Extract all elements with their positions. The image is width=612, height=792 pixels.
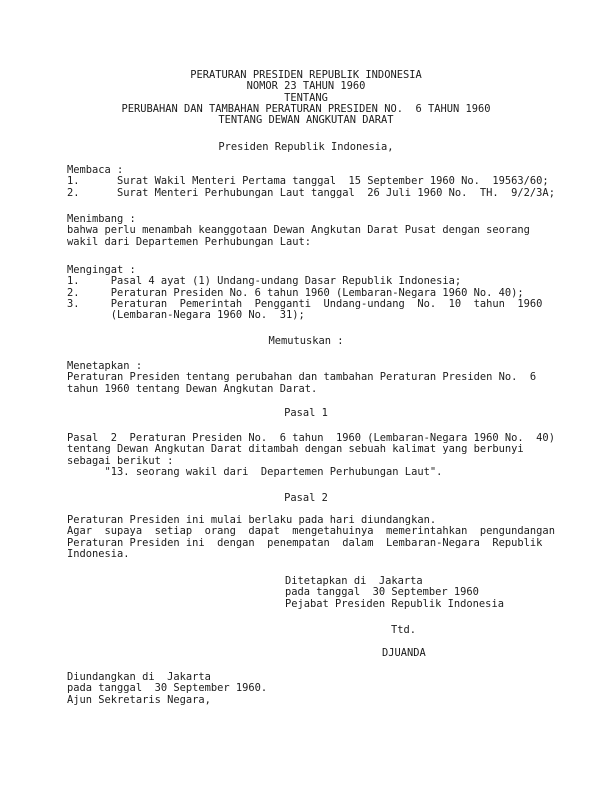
- membaca-item-2: 2. Surat Menteri Perhubungan Laut tangga…: [67, 188, 555, 199]
- section-membaca: Membaca : 1. Surat Wakil Menteri Pertama…: [67, 165, 555, 199]
- memutuskan-heading: Memutuskan :: [0, 336, 612, 347]
- mengingat-item-1: 1. Pasal 4 ayat (1) Undang-undang Dasar …: [67, 276, 542, 287]
- pasal1-heading-line: Pasal 1: [0, 408, 612, 419]
- menimbang-line-1: bahwa perlu menambah keanggotaan Dewan A…: [67, 225, 530, 236]
- memutuskan-line: Memutuskan :: [0, 336, 612, 347]
- section-mengingat: Mengingat : 1. Pasal 4 ayat (1) Undang-u…: [67, 265, 542, 321]
- pasal2-heading-line: Pasal 2: [0, 493, 612, 504]
- title-line-2: NOMOR 23 TAHUN 1960: [0, 81, 612, 92]
- enactment-authority: Pejabat Presiden Republik Indonesia: [285, 599, 504, 610]
- pasal1-heading: Pasal 1: [0, 408, 612, 419]
- pasal2-line-4: Indonesia.: [67, 549, 555, 560]
- enactment-date: pada tanggal 30 September 1960: [285, 587, 504, 598]
- signer-name-line: DJUANDA: [382, 648, 426, 659]
- salutation: Presiden Republik Indonesia,: [0, 142, 612, 153]
- menetapkan-line-2: tahun 1960 tentang Dewan Angkutan Darat.: [67, 384, 536, 395]
- menetapkan-line-1: Peraturan Presiden tentang perubahan dan…: [67, 372, 536, 383]
- section-menimbang: Menimbang : bahwa perlu menambah keanggo…: [67, 214, 530, 248]
- title-line-5: TENTANG DEWAN ANGKUTAN DARAT: [0, 115, 612, 126]
- pasal2-line-2: Agar supaya setiap orang dapat mengetahu…: [67, 526, 555, 537]
- pasal1-body: Pasal 2 Peraturan Presiden No. 6 tahun 1…: [67, 433, 555, 478]
- signature-name: DJUANDA: [382, 648, 426, 659]
- salutation-line: Presiden Republik Indonesia,: [0, 142, 612, 153]
- signature-ttd: Ttd.: [391, 625, 416, 636]
- pasal2-body: Peraturan Presiden ini mulai berlaku pad…: [67, 515, 555, 560]
- promulgation-block: Diundangkan di Jakarta pada tanggal 30 S…: [67, 672, 267, 706]
- pasal2-line-3: Peraturan Presiden ini dengan penempatan…: [67, 538, 555, 549]
- mengingat-item-3-cont: (Lembaran-Negara 1960 No. 31);: [67, 310, 542, 321]
- pasal2-heading: Pasal 2: [0, 493, 612, 504]
- document-title: PERATURAN PRESIDEN REPUBLIK INDONESIA NO…: [0, 70, 612, 126]
- document-page: PERATURAN PRESIDEN REPUBLIK INDONESIA NO…: [0, 0, 612, 792]
- pasal1-line-2: tentang Dewan Angkutan Darat ditambah de…: [67, 444, 555, 455]
- ttd-line: Ttd.: [391, 625, 416, 636]
- menimbang-line-2: wakil dari Departemen Perhubungan Laut:: [67, 237, 530, 248]
- enactment-block: Ditetapkan di Jakarta pada tanggal 30 Se…: [285, 576, 504, 610]
- promulgation-official: Ajun Sekretaris Negara,: [67, 695, 267, 706]
- membaca-item-1: 1. Surat Wakil Menteri Pertama tanggal 1…: [67, 176, 555, 187]
- section-menetapkan: Menetapkan : Peraturan Presiden tentang …: [67, 361, 536, 395]
- promulgation-date: pada tanggal 30 September 1960.: [67, 683, 267, 694]
- pasal1-quote-line: "13. seorang wakil dari Departemen Perhu…: [67, 467, 555, 478]
